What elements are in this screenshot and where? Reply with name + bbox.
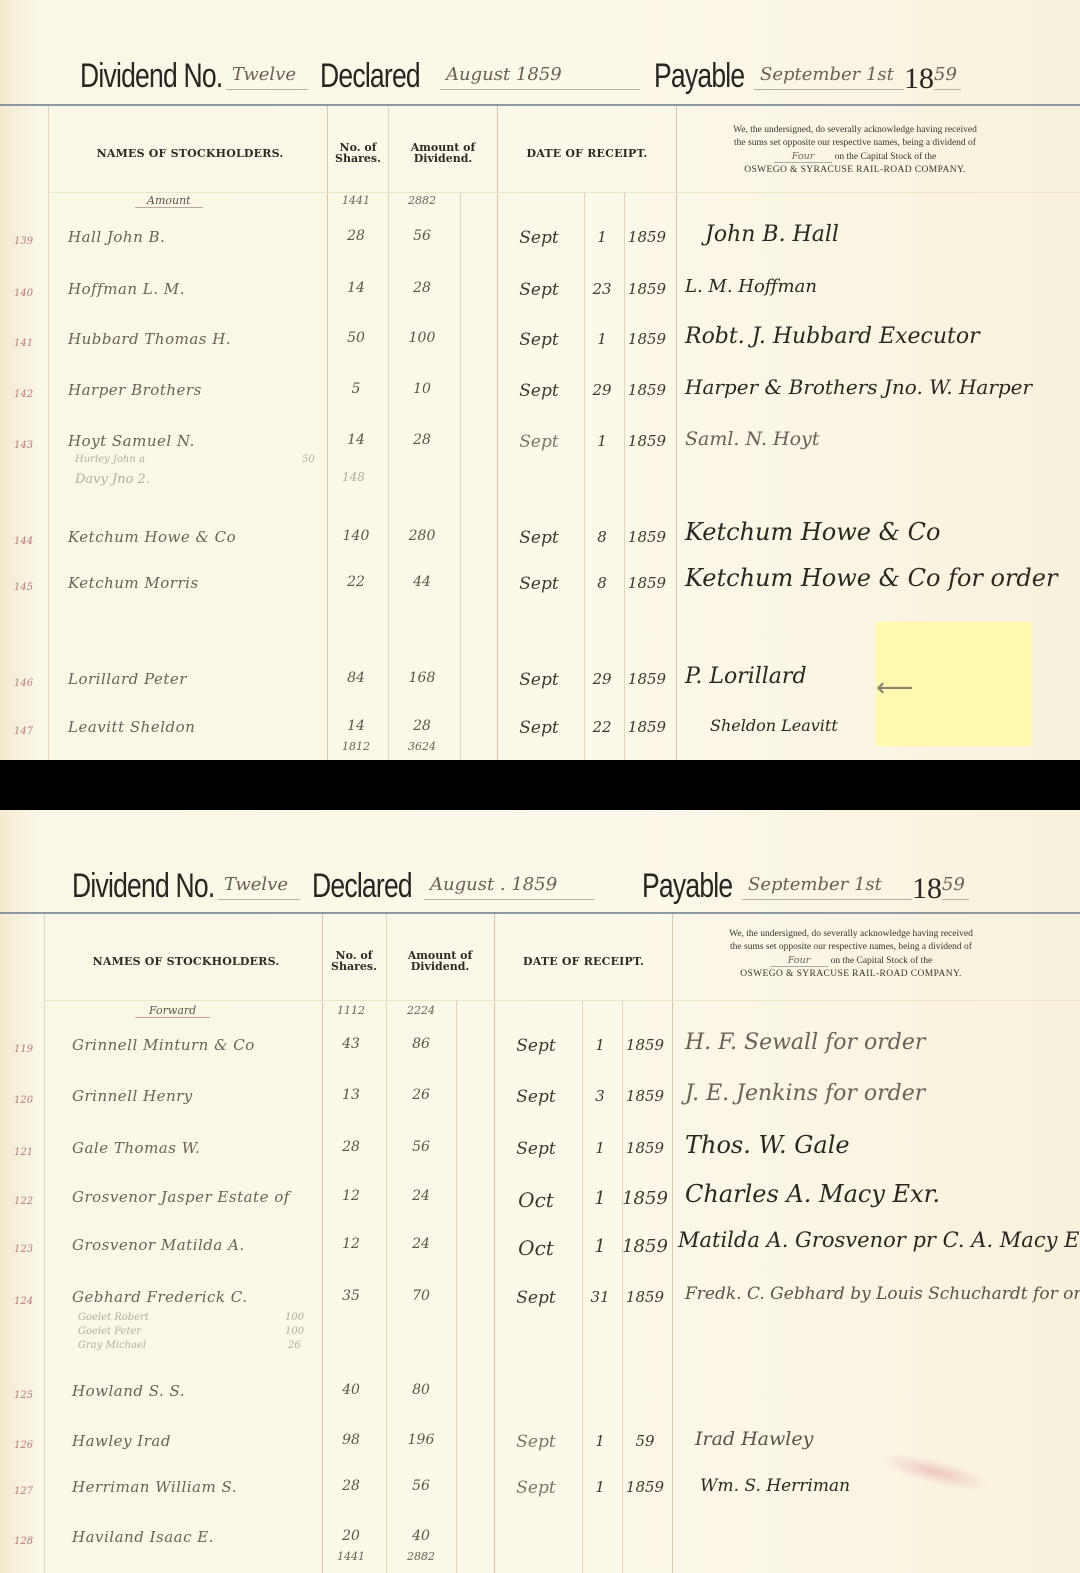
- receipt-month: Sept: [502, 1087, 570, 1107]
- signature: Fredk. C. Gebhard by Louis Schuchardt fo…: [685, 1284, 1080, 1304]
- dividend-header: Dividend No. Twelve Declared August 1859…: [80, 36, 1020, 96]
- row-index: 145: [14, 582, 33, 593]
- receipt-month: Sept: [505, 670, 573, 690]
- dividend-amount: 100: [393, 330, 451, 346]
- dividend-amount: 168: [393, 670, 451, 686]
- carried-forward-row: Forward 1112 2224: [0, 1004, 1080, 1024]
- receipt-month: Sept: [505, 228, 573, 248]
- dividend-amount: 24: [392, 1188, 450, 1204]
- row-index: 125: [14, 1390, 33, 1401]
- receipt-month: Oct: [502, 1236, 570, 1260]
- col-shares-line2: Shares.: [323, 961, 385, 972]
- receipt-day: 31: [580, 1288, 620, 1306]
- receipt-day: 1: [582, 432, 622, 450]
- receipt-year: 1859: [622, 574, 672, 592]
- acknowledgement-text: We, the undersigned, do severally acknow…: [690, 124, 1020, 177]
- stockholder-name: Hubbard Thomas H.: [68, 330, 231, 348]
- receipt-year: 1859: [620, 1188, 670, 1209]
- table-row: 145 Ketchum Morris 22 44 Sept 8 1859 Ket…: [0, 574, 1080, 614]
- pencil-note-value: 26: [288, 1340, 301, 1351]
- ack-line-1: We, the undersigned, do severally acknow…: [690, 124, 1020, 137]
- receipt-year: 1859: [620, 1139, 670, 1157]
- receipt-year: 1859: [622, 670, 672, 688]
- receipt-day: 1: [580, 1036, 620, 1054]
- pencil-note: Goelet Robert: [78, 1312, 149, 1323]
- carried-forward-row: Amount 1441 2882: [0, 194, 1080, 214]
- signature: P. Lorillard: [685, 664, 807, 689]
- shares: 14: [330, 432, 382, 448]
- table-row: 139 Hall John B. 28 56 Sept 1 1859 John …: [0, 228, 1080, 268]
- pencil-note-value: 50: [302, 454, 315, 465]
- shares: 14: [330, 280, 382, 296]
- dividend-amount: 56: [392, 1478, 450, 1494]
- signature: Ketchum Howe & Co: [685, 518, 940, 546]
- col-amount-header: Amount of Dividend.: [389, 142, 497, 164]
- total-shares: 1441: [325, 1550, 377, 1563]
- stockholder-name: Herriman William S.: [72, 1478, 237, 1496]
- col-shares-header: No. of Shares.: [323, 950, 385, 972]
- shares: 98: [325, 1432, 377, 1448]
- table-row: 121 Gale Thomas W. 28 56 Sept 1 1859 Tho…: [0, 1139, 1080, 1179]
- ack-dividend-amount: Four: [770, 955, 828, 967]
- receipt-day: 1: [580, 1432, 620, 1450]
- shares: 14: [330, 718, 382, 734]
- stockholder-name: Leavitt Sheldon: [68, 718, 195, 736]
- carried-amount: 2882: [393, 194, 451, 207]
- col-shares-header: No. of Shares.: [328, 142, 388, 164]
- receipt-year: 1859: [622, 432, 672, 450]
- receipt-month: Sept: [502, 1139, 570, 1159]
- receipt-day: 29: [582, 381, 622, 399]
- dividend-no-label: Dividend No.: [72, 867, 189, 906]
- table-row: 125 Howland S. S. 40 80: [0, 1382, 1080, 1422]
- company-name: OSWEGO & SYRACUSE RAIL-ROAD COMPANY.: [686, 968, 1016, 981]
- row-index: 141: [14, 338, 33, 349]
- signature: J. E. Jenkins for order: [685, 1081, 925, 1106]
- signature: Wm. S. Herriman: [700, 1476, 850, 1496]
- receipt-month: Sept: [502, 1036, 570, 1056]
- header-bottom-line: [44, 1000, 1080, 1001]
- carried-shares: 1112: [325, 1004, 377, 1017]
- table-row: 120 Grinnell Henry 13 26 Sept 3 1859 J. …: [0, 1087, 1080, 1127]
- col-date-header: DATE OF RECEIPT.: [495, 956, 672, 967]
- receipt-month: Sept: [505, 574, 573, 594]
- payable-year-prefix: 18: [912, 872, 942, 906]
- table-row: 146 Lorillard Peter 84 168 Sept 29 1859 …: [0, 670, 1080, 710]
- dividend-amount: 28: [393, 718, 451, 734]
- row-index: 126: [14, 1440, 33, 1451]
- shares: 20: [325, 1528, 377, 1544]
- company-name: OSWEGO & SYRACUSE RAIL-ROAD COMPANY.: [690, 164, 1020, 177]
- receipt-day: 29: [582, 670, 622, 688]
- dividend-header: Dividend No. Twelve Declared August . 18…: [72, 846, 1020, 906]
- payable-year-suffix: 59: [934, 64, 961, 90]
- receipt-day: 1: [580, 1139, 620, 1157]
- receipt-year: 1859: [622, 528, 672, 546]
- row-index: 143: [14, 440, 33, 451]
- totals-row: 1812 3624: [0, 740, 1080, 760]
- shares: 35: [325, 1288, 377, 1304]
- stockholder-name: Haviland Isaac E.: [72, 1528, 214, 1546]
- dividend-amount: 28: [393, 280, 451, 296]
- payable-label: Payable: [642, 867, 720, 906]
- header-bottom-line: [48, 192, 1080, 193]
- carried-label: Forward: [135, 1004, 210, 1018]
- signature: Harper & Brothers Jno. W. Harper: [685, 375, 1032, 399]
- table-row: 143 Hoyt Samuel N. 14 28 Sept 1 1859 Sam…: [0, 432, 1080, 492]
- declared-value: August 1859: [440, 64, 640, 90]
- pencil-note: Goelet Peter: [78, 1326, 141, 1337]
- row-index: 128: [14, 1536, 33, 1547]
- pencil-note-value: 148: [342, 470, 365, 484]
- row-index: 120: [14, 1095, 33, 1106]
- shares: 22: [330, 574, 382, 590]
- carried-shares: 1441: [330, 194, 382, 207]
- signature: H. F. Sewall for order: [685, 1030, 925, 1055]
- total-shares: 1812: [330, 740, 382, 753]
- col-names-header: NAMES OF STOCKHOLDERS.: [60, 148, 320, 159]
- row-index: 122: [14, 1196, 33, 1207]
- shares: 28: [325, 1478, 377, 1494]
- payable-year-prefix: 18: [904, 62, 934, 96]
- receipt-day: 1: [580, 1236, 620, 1257]
- receipt-day: 1: [580, 1478, 620, 1496]
- receipt-month: Sept: [505, 718, 573, 738]
- signature: John B. Hall: [705, 222, 839, 247]
- receipt-day: 3: [580, 1087, 620, 1105]
- signature: Thos. W. Gale: [685, 1131, 850, 1159]
- stockholder-name: Hoffman L. M.: [68, 280, 185, 298]
- dividend-amount: 44: [393, 574, 451, 590]
- stockholder-name: Grinnell Henry: [72, 1087, 193, 1105]
- col-amount-line2: Dividend.: [387, 961, 493, 972]
- stockholder-name: Grosvenor Jasper Estate of: [72, 1188, 290, 1206]
- shares: 13: [325, 1087, 377, 1103]
- col-names-header: NAMES OF STOCKHOLDERS.: [56, 956, 316, 967]
- payable-value: September 1st: [754, 64, 904, 90]
- receipt-year: 1859: [620, 1087, 670, 1105]
- payable-value: September 1st: [742, 874, 912, 900]
- shares: 140: [330, 528, 382, 544]
- declared-value: August . 1859: [424, 874, 594, 900]
- signature: Robt. J. Hubbard Executor: [685, 324, 980, 349]
- receipt-year: 1859: [622, 718, 672, 736]
- ack-line-2: the sums set opposite our respective nam…: [690, 137, 1020, 150]
- table-row: 140 Hoffman L. M. 14 28 Sept 23 1859 L. …: [0, 280, 1080, 320]
- dividend-amount: 86: [392, 1036, 450, 1052]
- signature: Ketchum Howe & Co for order: [685, 564, 1057, 592]
- pencil-note-value: 100: [285, 1326, 304, 1337]
- receipt-month: Oct: [502, 1188, 570, 1212]
- stockholder-name: Lorillard Peter: [68, 670, 187, 688]
- receipt-year: 1859: [620, 1288, 670, 1306]
- shares: 5: [330, 381, 382, 397]
- stockholder-name: Gale Thomas W.: [72, 1139, 200, 1157]
- signature: L. M. Hoffman: [685, 276, 817, 297]
- receipt-year: 1859: [620, 1236, 670, 1257]
- table-row: 124 Gebhard Frederick C. 35 70 Sept 31 1…: [0, 1288, 1080, 1360]
- row-index: 146: [14, 678, 33, 689]
- shares: 50: [330, 330, 382, 346]
- ack-line-3-suffix: on the Capital Stock of the: [831, 956, 933, 966]
- ack-line-3-suffix: on the Capital Stock of the: [835, 152, 937, 162]
- row-index: 147: [14, 726, 33, 737]
- totals-row: 1441 2882: [0, 1550, 1080, 1570]
- row-index: 139: [14, 236, 33, 247]
- receipt-year: 1859: [622, 381, 672, 399]
- dividend-amount: 280: [393, 528, 451, 544]
- declared-label: Declared: [312, 867, 399, 906]
- receipt-day: 1: [582, 228, 622, 246]
- dividend-amount: 26: [392, 1087, 450, 1103]
- receipt-month: Sept: [505, 432, 573, 452]
- row-index: 144: [14, 536, 33, 547]
- dividend-amount: 28: [393, 432, 451, 448]
- header-rule: [0, 104, 1080, 106]
- row-index: 119: [14, 1044, 33, 1055]
- header-rule: [0, 912, 1080, 914]
- ack-line-3: Four on the Capital Stock of the: [686, 954, 1016, 968]
- receipt-year: 1859: [622, 280, 672, 298]
- stockholder-name: Harper Brothers: [68, 381, 202, 399]
- total-amount: 3624: [393, 740, 451, 753]
- ack-line-2: the sums set opposite our respective nam…: [686, 941, 1016, 954]
- payable-label: Payable: [654, 57, 732, 96]
- dividend-amount: 10: [393, 381, 451, 397]
- table-row: 122 Grosvenor Jasper Estate of 12 24 Oct…: [0, 1188, 1080, 1228]
- receipt-month: Sept: [502, 1432, 570, 1452]
- total-amount: 2882: [392, 1550, 450, 1563]
- stockholder-name: Ketchum Morris: [68, 574, 199, 592]
- receipt-month: Sept: [505, 381, 573, 401]
- ack-dividend-amount: Four: [774, 151, 832, 163]
- acknowledgement-text: We, the undersigned, do severally acknow…: [686, 928, 1016, 981]
- col-amount-line2: Dividend.: [389, 153, 497, 164]
- signature: Sheldon Leavitt: [710, 716, 838, 735]
- pencil-note: Gray Michael: [78, 1340, 146, 1351]
- receipt-year: 1859: [622, 228, 672, 246]
- receipt-day: 22: [582, 718, 622, 736]
- receipt-year: 1859: [620, 1478, 670, 1496]
- row-index: 123: [14, 1244, 33, 1255]
- ack-line-1: We, the undersigned, do severally acknow…: [686, 928, 1016, 941]
- dividend-amount: 40: [392, 1528, 450, 1544]
- receipt-day: 1: [580, 1188, 620, 1209]
- receipt-day: 23: [582, 280, 622, 298]
- receipt-day: 1: [582, 330, 622, 348]
- col-date-header: DATE OF RECEIPT.: [498, 148, 676, 159]
- signature: Irad Hawley: [695, 1428, 813, 1450]
- dividend-amount: 70: [392, 1288, 450, 1304]
- stockholder-name: Howland S. S.: [72, 1382, 185, 1400]
- shares: 12: [325, 1236, 377, 1252]
- receipt-month: Sept: [505, 330, 573, 350]
- table-row: 127 Herriman William S. 28 56 Sept 1 185…: [0, 1478, 1080, 1518]
- row-index: 140: [14, 288, 33, 299]
- carried-amount: 2224: [392, 1004, 450, 1017]
- receipt-year: 1859: [620, 1036, 670, 1054]
- col-amount-header: Amount of Dividend.: [387, 950, 493, 972]
- carried-label: Amount: [135, 194, 203, 208]
- stockholder-name: Grinnell Minturn & Co: [72, 1036, 255, 1054]
- table-row: 144 Ketchum Howe & Co 140 280 Sept 8 185…: [0, 528, 1080, 568]
- dividend-no-label: Dividend No.: [80, 57, 197, 96]
- shares: 40: [325, 1382, 377, 1398]
- row-index: 124: [14, 1296, 33, 1307]
- ack-line-3: Four on the Capital Stock of the: [690, 150, 1020, 164]
- dividend-amount: 56: [392, 1139, 450, 1155]
- shares: 28: [325, 1139, 377, 1155]
- receipt-year: 1859: [622, 330, 672, 348]
- dividend-no-value: Twelve: [218, 874, 300, 900]
- pencil-note-value: 100: [285, 1312, 304, 1323]
- receipt-day: 8: [582, 528, 622, 546]
- receipt-month: Sept: [502, 1288, 570, 1308]
- stockholder-name: Hoyt Samuel N.: [68, 432, 195, 450]
- payable-year-suffix: 59: [942, 874, 969, 900]
- stockholder-name: Hawley Irad: [72, 1432, 171, 1450]
- pencil-note: Hurley John a: [75, 454, 145, 465]
- stockholder-name: Ketchum Howe & Co: [68, 528, 236, 546]
- signature: Matilda A. Grosvenor pr C. A. Macy Exr.: [678, 1228, 1080, 1252]
- stockholder-name: Gebhard Frederick C.: [72, 1288, 247, 1306]
- stockholder-name: Grosvenor Matilda A.: [72, 1236, 245, 1254]
- shares: 43: [325, 1036, 377, 1052]
- receipt-day: 8: [582, 574, 622, 592]
- col-shares-line2: Shares.: [328, 153, 388, 164]
- signature: Charles A. Macy Exr.: [685, 1180, 940, 1208]
- shares: 28: [330, 228, 382, 244]
- receipt-month: Sept: [505, 280, 573, 300]
- dividend-amount: 196: [392, 1432, 450, 1448]
- shares: 12: [325, 1188, 377, 1204]
- table-row: 142 Harper Brothers 5 10 Sept 29 1859 Ha…: [0, 381, 1080, 421]
- pencil-note: Davy Jno 2.: [75, 472, 150, 487]
- dividend-amount: 80: [392, 1382, 450, 1398]
- receipt-month: Sept: [505, 528, 573, 548]
- table-row: 123 Grosvenor Matilda A. 12 24 Oct 1 185…: [0, 1236, 1080, 1276]
- dividend-amount: 24: [392, 1236, 450, 1252]
- row-index: 121: [14, 1147, 33, 1158]
- shares: 84: [330, 670, 382, 686]
- row-index: 142: [14, 389, 33, 400]
- row-index: 127: [14, 1486, 33, 1497]
- table-row: 141 Hubbard Thomas H. 50 100 Sept 1 1859…: [0, 330, 1080, 370]
- receipt-year: 59: [620, 1432, 670, 1450]
- declared-label: Declared: [320, 57, 414, 96]
- ledger-page-1: Dividend No. Twelve Declared August 1859…: [0, 0, 1080, 760]
- dividend-no-value: Twelve: [226, 64, 308, 90]
- stockholder-name: Hall John B.: [68, 228, 165, 246]
- table-row: 119 Grinnell Minturn & Co 43 86 Sept 1 1…: [0, 1036, 1080, 1076]
- signature: Saml. N. Hoyt: [685, 428, 819, 450]
- dividend-amount: 56: [393, 228, 451, 244]
- receipt-month: Sept: [502, 1478, 570, 1498]
